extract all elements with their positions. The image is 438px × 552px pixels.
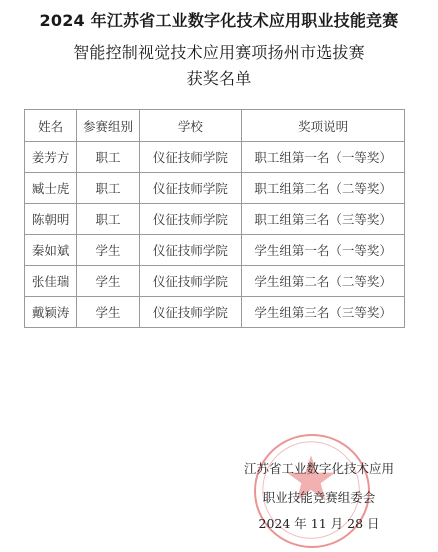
cell-name: 陈朝明 bbox=[25, 204, 77, 235]
cell-award: 职工组第三名（三等奖） bbox=[242, 204, 405, 235]
cell-name: 戴颖涛 bbox=[25, 297, 77, 328]
title-line-3: 获奖名单 bbox=[0, 66, 438, 89]
cell-school: 仪征技师学院 bbox=[139, 235, 242, 266]
table-row: 张佳瑞 学生 仪征技师学院 学生组第二名（二等奖） bbox=[25, 266, 405, 297]
title-line-1: 2024 年江苏省工业数字化技术应用职业技能竞赛 bbox=[0, 8, 438, 31]
column-header-name: 姓名 bbox=[25, 110, 77, 142]
table-header-row: 姓名 参赛组别 学校 奖项说明 bbox=[25, 110, 405, 142]
cell-school: 仪征技师学院 bbox=[139, 173, 242, 204]
cell-name: 臧士虎 bbox=[25, 173, 77, 204]
cell-name: 张佳瑞 bbox=[25, 266, 77, 297]
issue-date: 2024 年 11 月 28 日 bbox=[200, 514, 438, 532]
cell-group: 学生 bbox=[77, 235, 139, 266]
organizer-line-2: 职业技能竞赛组委会 bbox=[200, 488, 438, 506]
table-row: 姜芳方 职工 仪征技师学院 职工组第一名（一等奖） bbox=[25, 142, 405, 173]
title-line-2: 智能控制视觉技术应用赛项扬州市选拔赛 bbox=[0, 40, 438, 63]
cell-group: 职工 bbox=[77, 204, 139, 235]
cell-group: 学生 bbox=[77, 266, 139, 297]
column-header-school: 学校 bbox=[139, 110, 242, 142]
cell-name: 姜芳方 bbox=[25, 142, 77, 173]
cell-school: 仪征技师学院 bbox=[139, 266, 242, 297]
cell-group: 职工 bbox=[77, 142, 139, 173]
cell-name: 秦如斌 bbox=[25, 235, 77, 266]
cell-group: 职工 bbox=[77, 173, 139, 204]
cell-award: 职工组第一名（一等奖） bbox=[242, 142, 405, 173]
organizer-line-1: 江苏省工业数字化技术应用 bbox=[200, 459, 438, 477]
cell-award: 学生组第二名（二等奖） bbox=[242, 266, 405, 297]
cell-school: 仪征技师学院 bbox=[139, 297, 242, 328]
cell-award: 职工组第二名（二等奖） bbox=[242, 173, 405, 204]
column-header-award: 奖项说明 bbox=[242, 110, 405, 142]
cell-award: 学生组第一名（一等奖） bbox=[242, 235, 405, 266]
cell-school: 仪征技师学院 bbox=[139, 204, 242, 235]
awards-table: 姓名 参赛组别 学校 奖项说明 姜芳方 职工 仪征技师学院 职工组第一名（一等奖… bbox=[24, 109, 405, 328]
cell-group: 学生 bbox=[77, 297, 139, 328]
column-header-group: 参赛组别 bbox=[77, 110, 139, 142]
table-row: 戴颖涛 学生 仪征技师学院 学生组第三名（三等奖） bbox=[25, 297, 405, 328]
cell-award: 学生组第三名（三等奖） bbox=[242, 297, 405, 328]
cell-school: 仪征技师学院 bbox=[139, 142, 242, 173]
table-row: 秦如斌 学生 仪征技师学院 学生组第一名（一等奖） bbox=[25, 235, 405, 266]
table-row: 臧士虎 职工 仪征技师学院 职工组第二名（二等奖） bbox=[25, 173, 405, 204]
table-row: 陈朝明 职工 仪征技师学院 职工组第三名（三等奖） bbox=[25, 204, 405, 235]
